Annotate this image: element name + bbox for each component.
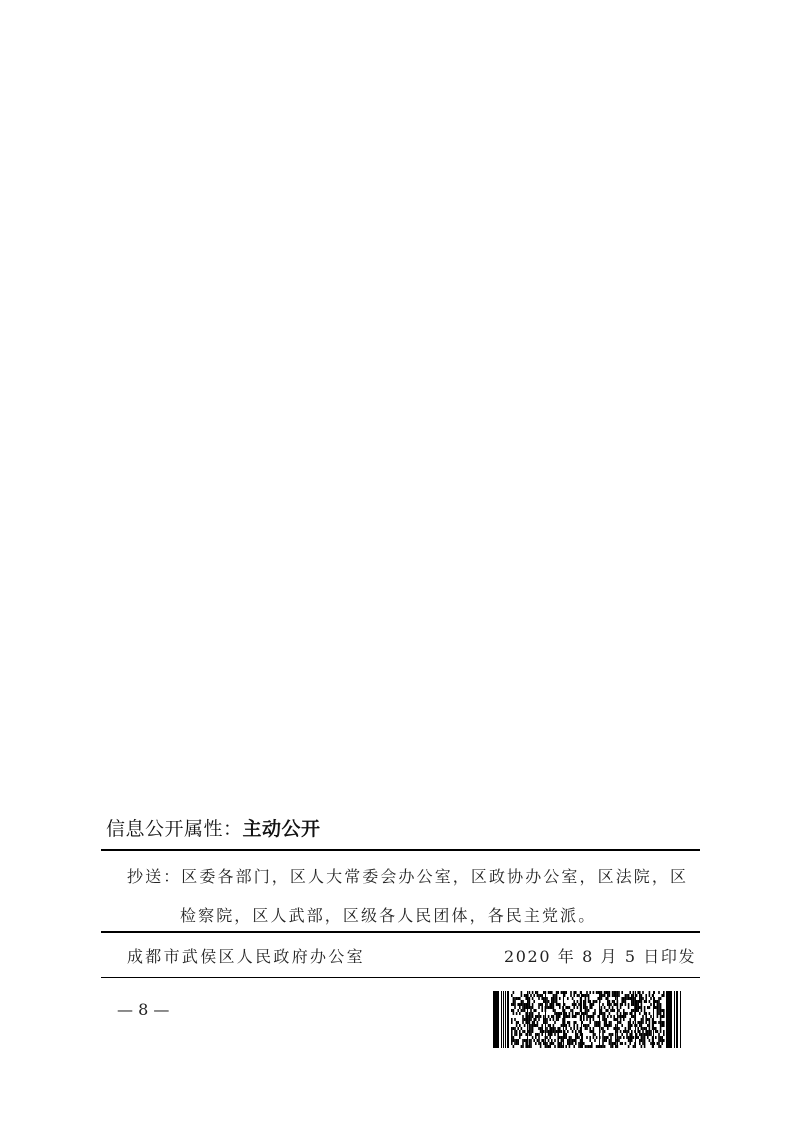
cc-recipients-line-2: 检察院，区人武部，区级各人民团体，各民主党派。 [180,906,596,926]
divider-top [101,849,700,851]
info-disclosure-value: 主动公开 [243,818,321,840]
issue-date: 2020 年 8 月 5 日印发 [504,947,696,967]
divider-middle [101,931,700,933]
pdf417-barcode-icon [493,991,683,1048]
divider-bottom [101,977,700,978]
info-disclosure-attribute: 信息公开属性：主动公开 [106,817,321,841]
page-number: — 8 — [117,1000,169,1020]
cc-recipients-line-1: 抄送：区委各部门，区人大常委会办公室，区政协办公室，区法院，区 [127,867,688,887]
issuing-office: 成都市武侯区人民政府办公室 [127,947,365,967]
info-disclosure-label: 信息公开属性： [106,818,243,840]
